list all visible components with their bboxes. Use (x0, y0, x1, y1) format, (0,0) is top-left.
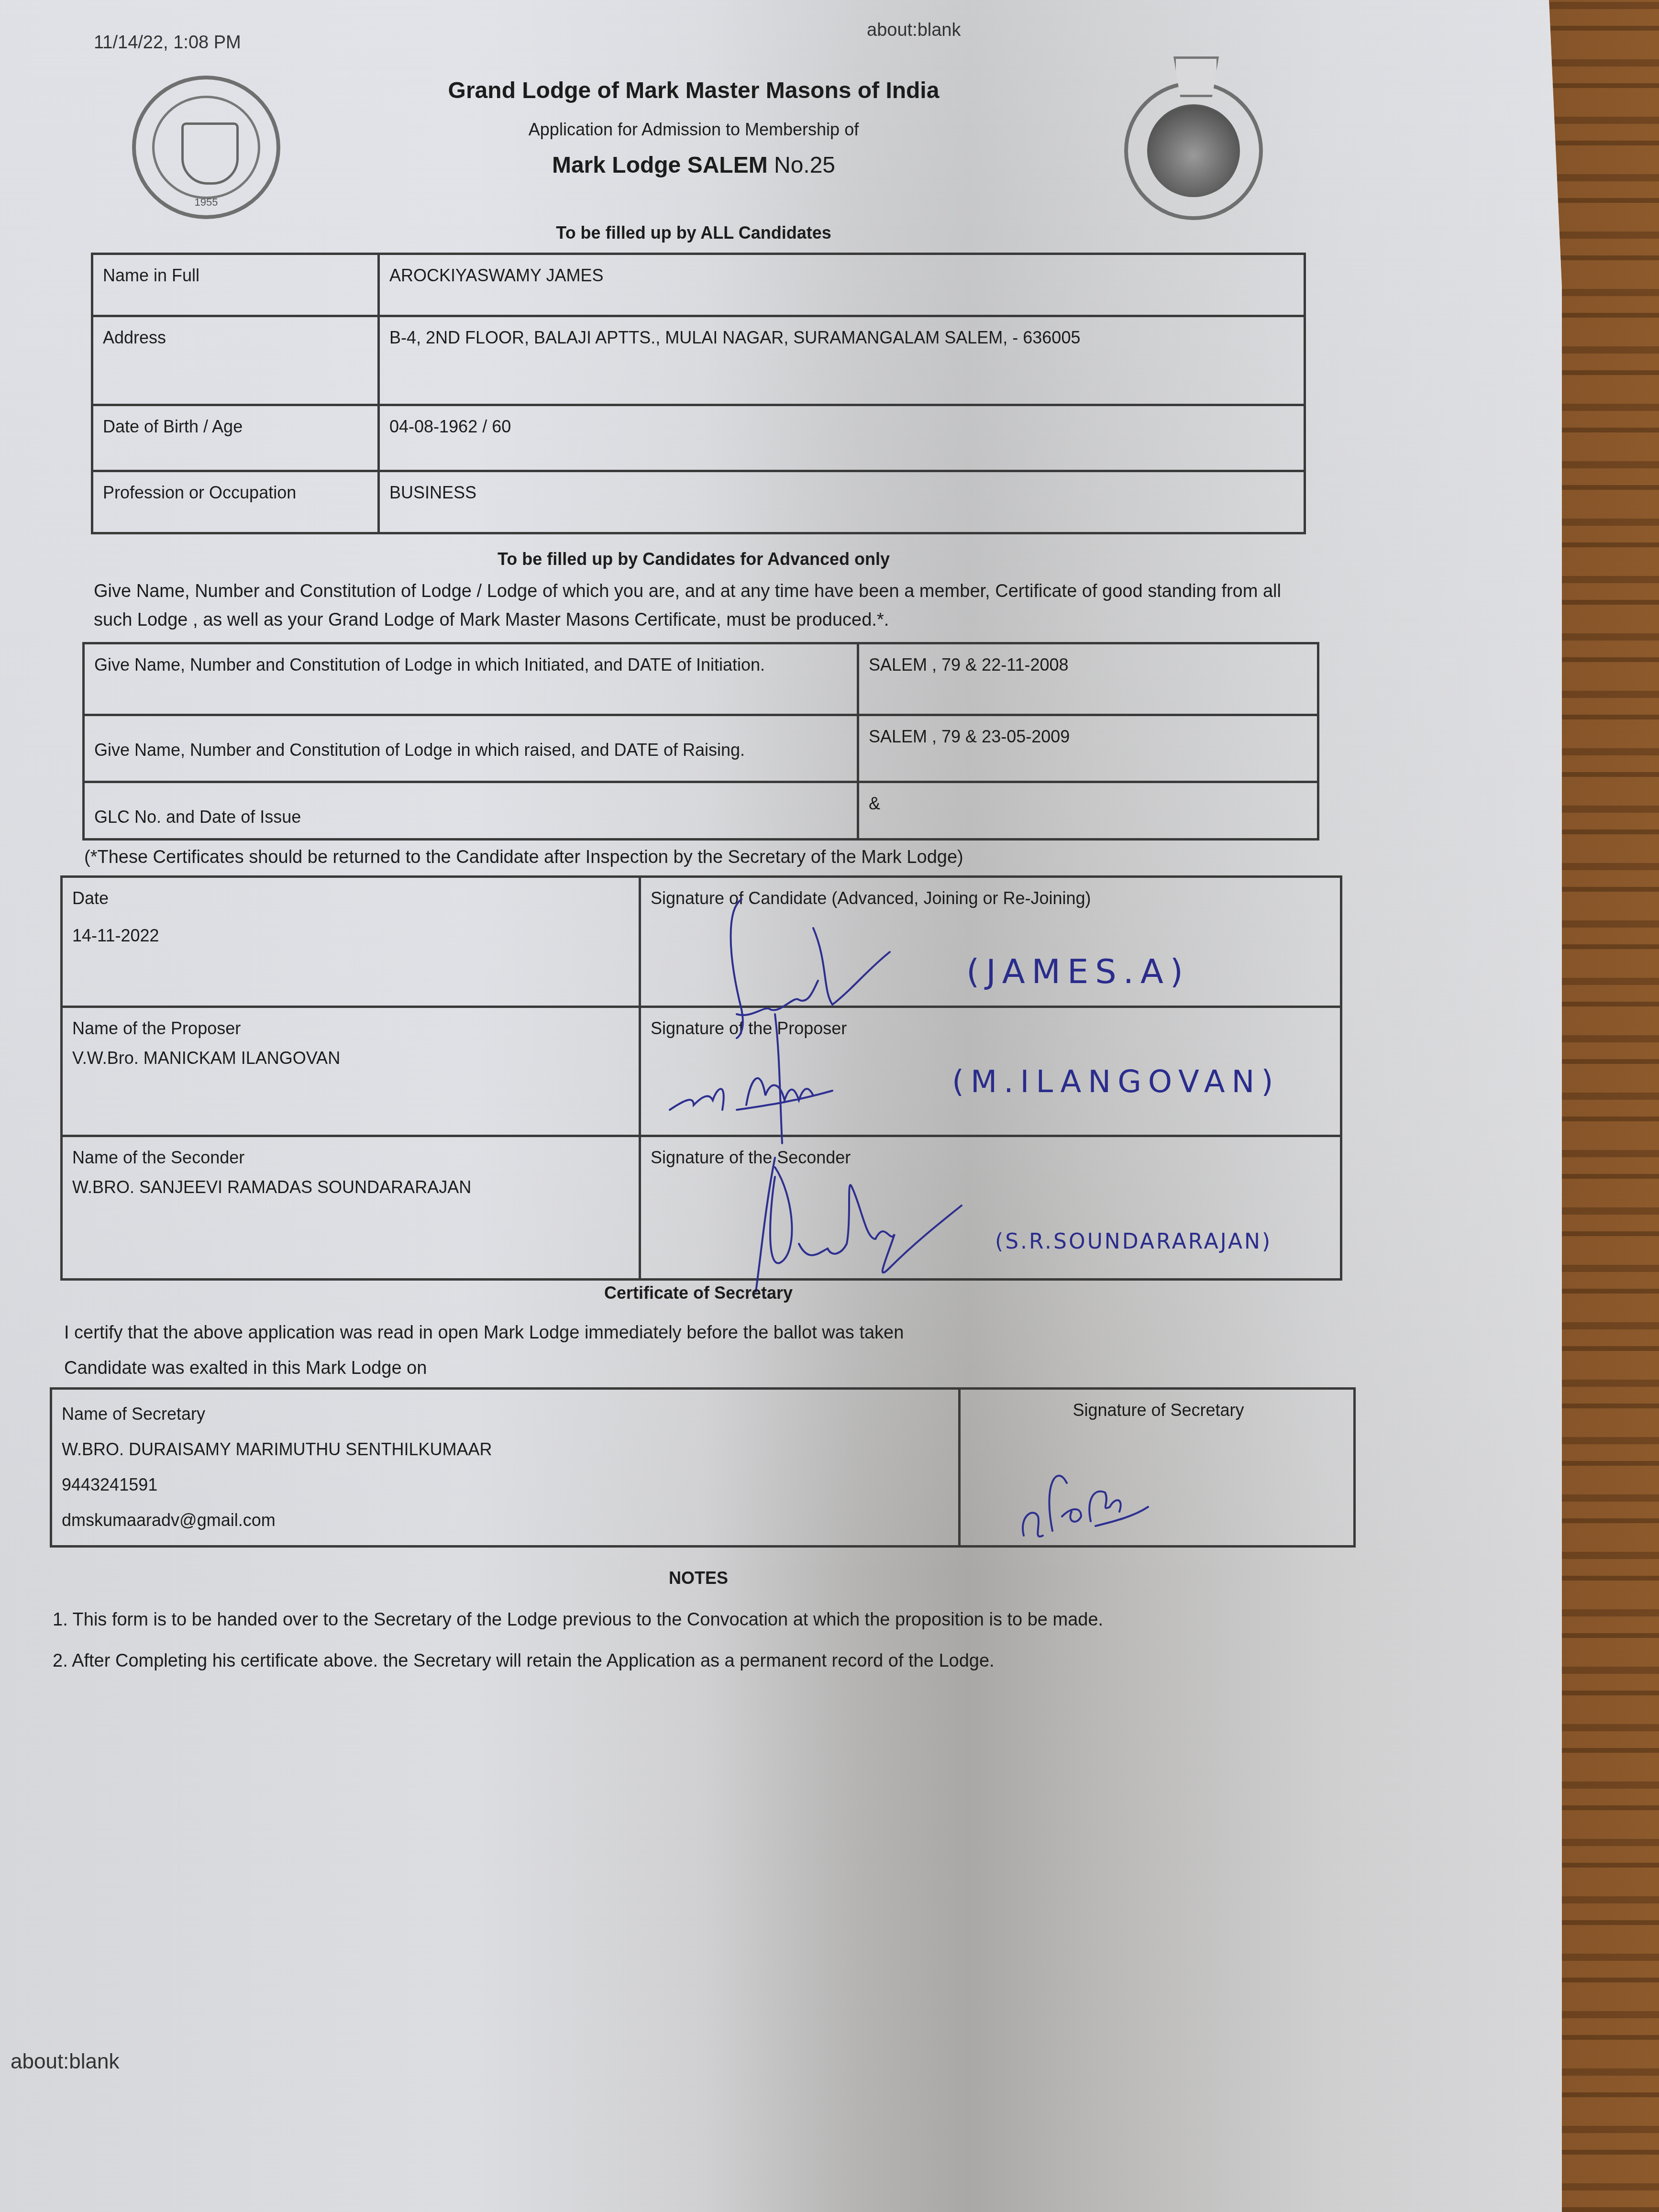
note-item: 2. After Completing his certificate abov… (53, 1647, 1344, 1675)
table-row: Name in Full AROCKIYASWAMY JAMES (92, 254, 1305, 316)
note-item: 1. This form is to be handed over to the… (53, 1605, 1344, 1634)
table-row: Date of Birth / Age 04-08-1962 / 60 (92, 405, 1305, 471)
row-label: Give Name, Number and Constitution of Lo… (84, 715, 858, 782)
print-timestamp: 11/14/22, 1:08 PM (94, 33, 241, 53)
advanced-instructions: Give Name, Number and Constitution of Lo… (94, 577, 1318, 634)
candidate-handwritten-name: (JAMES.A) (966, 952, 1190, 991)
temple-gopuram-icon (1147, 104, 1240, 197)
table-row: Give Name, Number and Constitution of Lo… (84, 643, 1318, 715)
row-label: Profession or Occupation (92, 471, 379, 533)
glc-value[interactable]: & (858, 782, 1318, 840)
proposer-name[interactable]: V.W.Bro. MANICKAM ILANGOVAN (72, 1048, 632, 1068)
certificates-footnote: (*These Certificates should be returned … (84, 843, 1328, 872)
row-label: Address (92, 316, 379, 405)
print-footer-url: about:blank (11, 2050, 120, 2074)
initiation-value[interactable]: SALEM , 79 & 22-11-2008 (858, 643, 1318, 715)
secretary-email[interactable]: dmskumaaradv@gmail.com (62, 1503, 951, 1538)
lodge-history-table: Give Name, Number and Constitution of Lo… (82, 642, 1319, 841)
dob-age-value[interactable]: 04-08-1962 / 60 (379, 405, 1305, 471)
section-all-heading: To be filled up by ALL Candidates (0, 223, 1387, 243)
raising-value[interactable]: SALEM , 79 & 23-05-2009 (858, 715, 1318, 782)
seconder-handwritten-name: (S.R.SOUNDARARAJAN) (995, 1229, 1272, 1254)
section-advanced-heading: To be filled up by Candidates for Advanc… (0, 549, 1387, 569)
secretary-details-cell: Name of Secretary W.BRO. DURAISAMY MARIM… (51, 1389, 960, 1547)
address-value[interactable]: B-4, 2ND FLOOR, BALAJI APTTS., MULAI NAG… (379, 316, 1305, 405)
table-row: Profession or Occupation BUSINESS (92, 471, 1305, 533)
secretary-certificate-heading: Certificate of Secretary (62, 1283, 1335, 1303)
profession-value[interactable]: BUSINESS (379, 471, 1305, 533)
exalted-text: Candidate was exalted in this Mark Lodge… (64, 1354, 1308, 1382)
table-row: Address B-4, 2ND FLOOR, BALAJI APTTS., M… (92, 316, 1305, 405)
seconder-name[interactable]: W.BRO. SANJEEVI RAMADAS SOUNDARARAJAN (72, 1177, 632, 1197)
name-in-full-value[interactable]: AROCKIYASWAMY JAMES (379, 254, 1305, 316)
row-label: Name in Full (92, 254, 379, 316)
row-label: Give Name, Number and Constitution of Lo… (84, 643, 858, 715)
lodge-name: Mark Lodge SALEM No.25 (0, 152, 1387, 178)
table-row: Give Name, Number and Constitution of Lo… (84, 715, 1318, 782)
secretary-signature-scribble (1014, 1454, 1206, 1550)
seconder-cell: Name of the Seconder W.BRO. SANJEEVI RAM… (62, 1136, 640, 1280)
proposer-cell: Name of the Proposer V.W.Bro. MANICKAM I… (62, 1007, 640, 1136)
form-subtitle: Application for Admission to Membership … (0, 120, 1387, 140)
seal-year: 1955 (136, 196, 276, 209)
candidate-details-table: Name in Full AROCKIYASWAMY JAMES Address… (91, 253, 1306, 534)
print-header-url: about:blank (867, 20, 961, 41)
printed-form-page: 11/14/22, 1:08 PM about:blank 1955 Grand… (0, 0, 1562, 2212)
certify-text: I certify that the above application was… (64, 1318, 1308, 1347)
row-label: Date of Birth / Age (92, 405, 379, 471)
date-cell: Date 14-11-2022 (62, 877, 640, 1007)
secretary-name[interactable]: W.BRO. DURAISAMY MARIMUTHU SENTHILKUMAAR (62, 1432, 951, 1467)
proposer-handwritten-name: (M.ILANGOVAN) (952, 1064, 1280, 1100)
notes-heading: NOTES (0, 1568, 1397, 1588)
secretary-phone[interactable]: 9443241591 (62, 1467, 951, 1503)
seconder-signature-scribble (746, 1148, 1177, 1292)
row-label: GLC No. and Date of Issue (84, 782, 858, 840)
form-title: Grand Lodge of Mark Master Masons of Ind… (0, 77, 1387, 104)
table-row: GLC No. and Date of Issue & (84, 782, 1318, 840)
application-date[interactable]: 14-11-2022 (72, 926, 632, 946)
